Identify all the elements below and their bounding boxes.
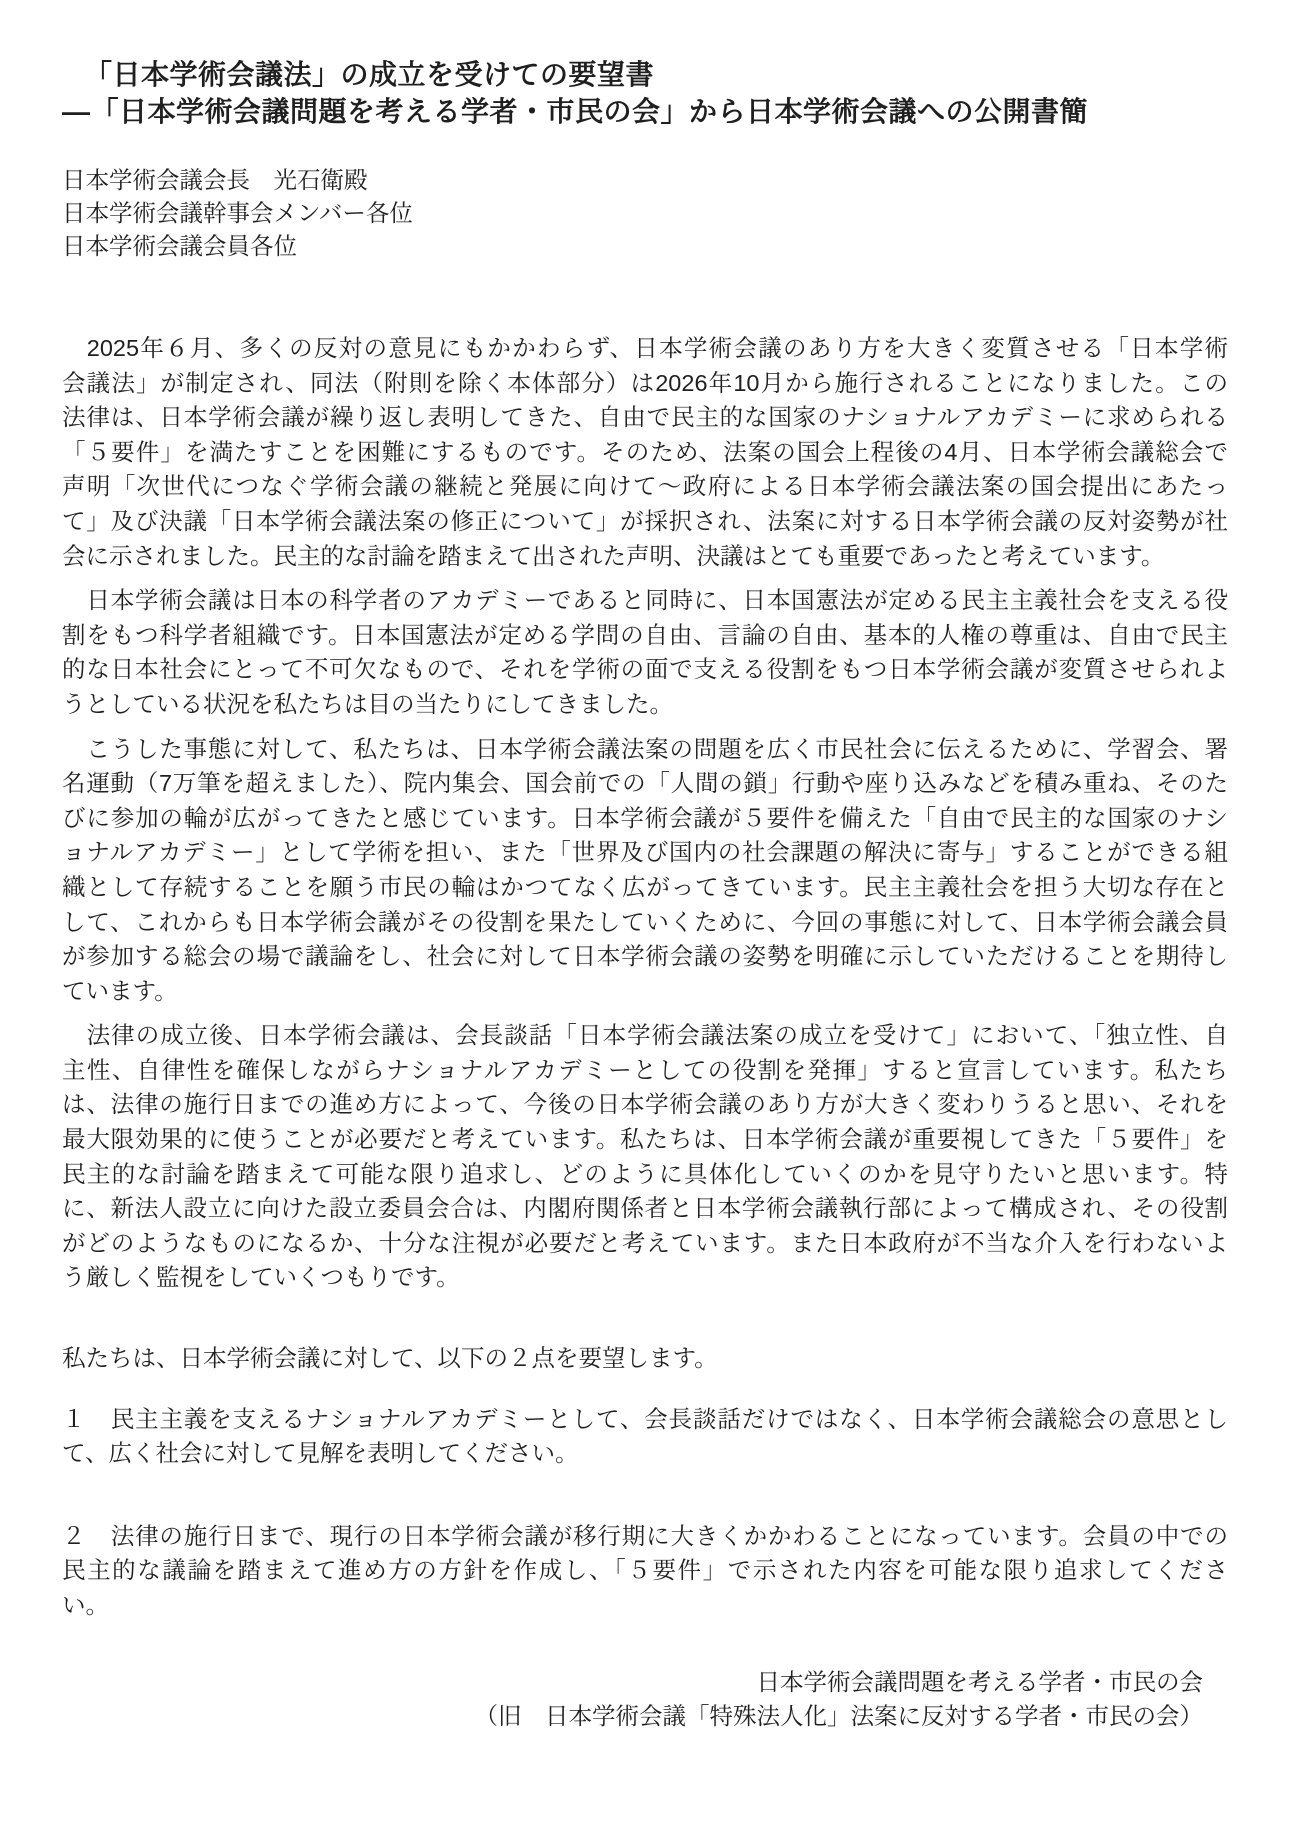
addressee-line-executive-board: 日本学術会議幹事会メンバー各位 — [62, 197, 1228, 230]
text-line: 最大限効果的に使うことが必要だと考えています。私たちは、日本学術会議が重要視して… — [62, 1122, 1228, 1157]
body-paragraph: 2025年６月、多くの反対の意見にもかかわらず、日本学術会議のあり方を大きく変質… — [62, 331, 1228, 573]
signature-block: 日本学術会議問題を考える学者・市民の会 （旧 日本学術会議「特殊法人化」法案に反… — [62, 1665, 1228, 1734]
text-line: 織として存続することを願う市民の輪はかつてなく広がってきています。民主主義社会を… — [62, 870, 1228, 905]
text-line: て」及び決議「日本学術会議法案の修正について」が採択され、法案に対する日本学術会… — [62, 504, 1228, 539]
text-line: 法律は、日本学術会議が繰り返し表明してきた、自由で民主的な国家のナショナルアカデ… — [62, 400, 1228, 435]
title-line-2: ―「日本学術会議問題を考える学者・市民の会」から日本学術会議への公開書簡 — [62, 93, 1228, 130]
request-item: ２ 法律の施行日まで、現行の日本学術会議が移行期に大きくかかわることになっていま… — [62, 1519, 1228, 1623]
text-line: びに参加の輪が広がってきたと感じています。日本学術会議が５要件を備えた「自由で民… — [62, 801, 1228, 836]
text-line: て、広く社会に対して見解を表明してください。 — [62, 1436, 1228, 1471]
text-line: １ 民主主義を支えるナショナルアカデミーとして、会長談話だけではなく、日本学術会… — [62, 1402, 1228, 1437]
request-item: １ 民主主義を支えるナショナルアカデミーとして、会長談話だけではなく、日本学術会… — [62, 1402, 1228, 1471]
text-line: 主性、自律性を確保しながらナショナルアカデミーとしての役割を発揮」すると宣言して… — [62, 1053, 1228, 1088]
request-lead-sentence: 私たちは、日本学術会議に対して、以下の２点を要望します。 — [62, 1341, 1228, 1376]
text-line: うとしている状況を私たちは目の当たりにしてきました。 — [62, 687, 1228, 722]
body-paragraph: 日本学術会議は日本の科学者のアカデミーであると同時に、日本国憲法が定める民主主義… — [62, 583, 1228, 721]
text-line: い。 — [62, 1588, 1228, 1623]
body-paragraph: こうした事態に対して、私たちは、日本学術会議法案の問題を広く市民社会に伝えるため… — [62, 732, 1228, 1009]
text-line: 名運動（7万筆を超えました）、院内集会、国会前での「人間の鎖」行動や座り込みなど… — [62, 766, 1228, 801]
text-line: 会に示されました。民主的な討論を踏まえて出された声明、決議はとても重要であったと… — [62, 539, 1228, 574]
text-line: がどのようなものになるか、十分な注視が必要だと考えています。また日本政府が不当な… — [62, 1226, 1228, 1261]
text-line: ョナルアカデミー」として学術を担い、また「世界及び国内の社会課題の解決に寄与」す… — [62, 835, 1228, 870]
text-line: は、法律の施行日までの進め方によって、今後の日本学術会議のあり方が大きく変わりう… — [62, 1087, 1228, 1122]
addressee-line-president: 日本学術会議会長 光石衛殿 — [62, 164, 1228, 197]
document-page: 「日本学術会議法」の成立を受けての要望書 ―「日本学術会議問題を考える学者・市民… — [0, 0, 1300, 1837]
text-line: 民主的な議論を踏まえて進め方の方針を作成し、「５要件」で示された内容を可能な限り… — [62, 1553, 1228, 1588]
signature-line-former-name: （旧 日本学術会議「特殊法人化」法案に反対する学者・市民の会） — [62, 1699, 1203, 1734]
document-title: 「日本学術会議法」の成立を受けての要望書 ―「日本学術会議問題を考える学者・市民… — [62, 56, 1228, 130]
addressee-block: 日本学術会議会長 光石衛殿 日本学術会議幹事会メンバー各位 日本学術会議会員各位 — [62, 164, 1228, 263]
addressee-line-members: 日本学術会議会員各位 — [62, 230, 1228, 263]
text-line: して、これからも日本学術会議がその役割を果たしていくために、今回の事態に対して、… — [62, 905, 1228, 940]
body-paragraphs: 2025年６月、多くの反対の意見にもかかわらず、日本学術会議のあり方を大きく変質… — [62, 331, 1228, 1295]
title-line-1: 「日本学術会議法」の成立を受けての要望書 — [62, 56, 1228, 93]
text-line: 2025年６月、多くの反対の意見にもかかわらず、日本学術会議のあり方を大きく変質… — [62, 331, 1228, 366]
body-paragraph: 法律の成立後、日本学術会議は、会長談話「日本学術会議法案の成立を受けて」において… — [62, 1018, 1228, 1295]
request-list: １ 民主主義を支えるナショナルアカデミーとして、会長談話だけではなく、日本学術会… — [62, 1402, 1228, 1623]
text-line: 「５要件」を満たすことを困難にするものです。そのため、法案の国会上程後の4月、日… — [62, 435, 1228, 470]
signature-line-current-name: 日本学術会議問題を考える学者・市民の会 — [62, 1665, 1203, 1700]
text-line: 民主的な討論を踏まえて可能な限り追求し、どのように具体化していくのかを見守りたい… — [62, 1157, 1228, 1192]
text-line: こうした事態に対して、私たちは、日本学術会議法案の問題を広く市民社会に伝えるため… — [62, 732, 1228, 767]
text-line: 会議法」が制定され、同法（附則を除く本体部分）は2026年10月から施行されるこ… — [62, 366, 1228, 401]
text-line: ２ 法律の施行日まで、現行の日本学術会議が移行期に大きくかかわることになっていま… — [62, 1519, 1228, 1554]
text-line: 割をもつ科学者組織です。日本国憲法が定める学問の自由、言論の自由、基本的人権の尊… — [62, 618, 1228, 653]
text-line: 法律の成立後、日本学術会議は、会長談話「日本学術会議法案の成立を受けて」において… — [62, 1018, 1228, 1053]
text-line: 声明「次世代につなぐ学術会議の継続と発展に向けて〜政府による日本学術会議法案の国… — [62, 469, 1228, 504]
text-line: が参加する総会の場で議論をし、社会に対して日本学術会議の姿勢を明確に示していただ… — [62, 939, 1228, 974]
text-line: 日本学術会議は日本の科学者のアカデミーであると同時に、日本国憲法が定める民主主義… — [62, 583, 1228, 618]
text-line: ています。 — [62, 974, 1228, 1009]
text-line: に、新法人設立に向けた設立委員会合は、内閣府関係者と日本学術会議執行部によって構… — [62, 1191, 1228, 1226]
text-line: う厳しく監視をしていくつもりです。 — [62, 1260, 1228, 1295]
text-line: 的な日本社会にとって不可欠なもので、それを学術の面で支える役割をもつ日本学術会議… — [62, 652, 1228, 687]
